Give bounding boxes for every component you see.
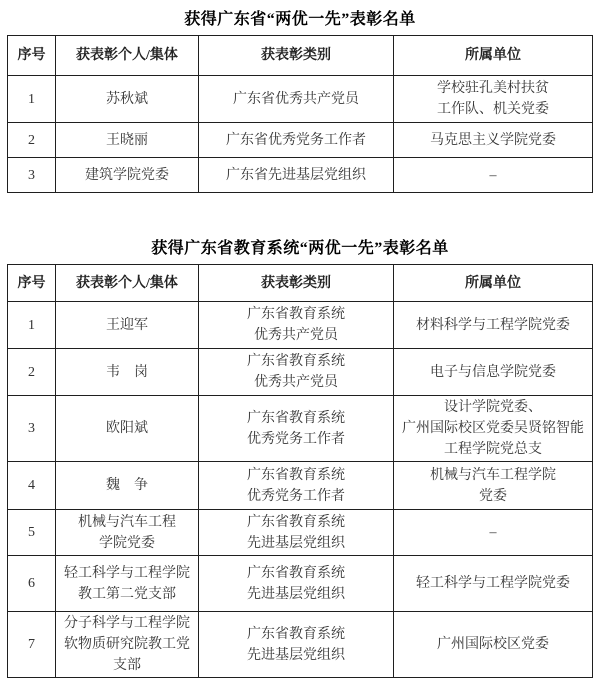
table-row: 4 魏 争 广东省教育系统 优秀党务工作者 机械与汽车工程学院 党委 xyxy=(8,462,593,510)
column-header-name: 获表彰个人/集体 xyxy=(56,36,199,76)
table-1-title: 获得广东省“两优一先”表彰名单 xyxy=(7,2,593,35)
cell-name: 韦 岗 xyxy=(56,349,199,396)
cell-category: 广东省教育系统 优秀党务工作者 xyxy=(199,396,394,462)
cell-category: 广东省教育系统 先进基层党组织 xyxy=(199,510,394,556)
table-row: 3 建筑学院党委 广东省先进基层党组织 – xyxy=(8,158,593,193)
cell-no: 1 xyxy=(8,302,56,349)
cell-category: 广东省教育系统 优秀共产党员 xyxy=(199,302,394,349)
cell-unit: 学校驻孔美村扶贫 工作队、机关党委 xyxy=(394,76,593,123)
cell-unit: – xyxy=(394,510,593,556)
cell-name: 欧阳斌 xyxy=(56,396,199,462)
cell-no: 5 xyxy=(8,510,56,556)
cell-no: 3 xyxy=(8,158,56,193)
cell-unit: 机械与汽车工程学院 党委 xyxy=(394,462,593,510)
cell-category: 广东省教育系统 优秀党务工作者 xyxy=(199,462,394,510)
table-2-title: 获得广东省教育系统“两优一先”表彰名单 xyxy=(7,193,593,264)
document-page: 获得广东省“两优一先”表彰名单 序号 获表彰个人/集体 获表彰类别 所属单位 1… xyxy=(0,0,600,678)
cell-unit: 设计学院党委、 广州国际校区党委吴贤铭智能 工程学院党总支 xyxy=(394,396,593,462)
cell-no: 1 xyxy=(8,76,56,123)
cell-category: 广东省教育系统 先进基层党组织 xyxy=(199,556,394,612)
cell-category: 广东省教育系统 优秀共产党员 xyxy=(199,349,394,396)
table-row: 7 分子科学与工程学院 软物质研究院教工党 支部 广东省教育系统 先进基层党组织… xyxy=(8,612,593,678)
table-row: 2 韦 岗 广东省教育系统 优秀共产党员 电子与信息学院党委 xyxy=(8,349,593,396)
table-row: 5 机械与汽车工程 学院党委 广东省教育系统 先进基层党组织 – xyxy=(8,510,593,556)
cell-name: 分子科学与工程学院 软物质研究院教工党 支部 xyxy=(56,612,199,678)
cell-category: 广东省教育系统 先进基层党组织 xyxy=(199,612,394,678)
cell-no: 6 xyxy=(8,556,56,612)
table-row: 2 王晓丽 广东省优秀党务工作者 马克思主义学院党委 xyxy=(8,123,593,158)
column-header-category: 获表彰类别 xyxy=(199,36,394,76)
cell-no: 3 xyxy=(8,396,56,462)
cell-name: 机械与汽车工程 学院党委 xyxy=(56,510,199,556)
table-header-row: 序号 获表彰个人/集体 获表彰类别 所属单位 xyxy=(8,36,593,76)
table-row: 3 欧阳斌 广东省教育系统 优秀党务工作者 设计学院党委、 广州国际校区党委吴贤… xyxy=(8,396,593,462)
cell-no: 7 xyxy=(8,612,56,678)
column-header-unit: 所属单位 xyxy=(394,265,593,302)
table-row: 1 苏秋斌 广东省优秀共产党员 学校驻孔美村扶贫 工作队、机关党委 xyxy=(8,76,593,123)
cell-unit: 广州国际校区党委 xyxy=(394,612,593,678)
table-row: 6 轻工科学与工程学院 教工第二党支部 广东省教育系统 先进基层党组织 轻工科学… xyxy=(8,556,593,612)
cell-category: 广东省先进基层党组织 xyxy=(199,158,394,193)
cell-unit: 轻工科学与工程学院党委 xyxy=(394,556,593,612)
column-header-no: 序号 xyxy=(8,265,56,302)
cell-name: 王迎军 xyxy=(56,302,199,349)
column-header-name: 获表彰个人/集体 xyxy=(56,265,199,302)
cell-no: 2 xyxy=(8,349,56,396)
column-header-unit: 所属单位 xyxy=(394,36,593,76)
cell-name: 轻工科学与工程学院 教工第二党支部 xyxy=(56,556,199,612)
cell-unit: 电子与信息学院党委 xyxy=(394,349,593,396)
table-row: 1 王迎军 广东省教育系统 优秀共产党员 材料科学与工程学院党委 xyxy=(8,302,593,349)
cell-no: 4 xyxy=(8,462,56,510)
cell-name: 建筑学院党委 xyxy=(56,158,199,193)
cell-unit: 马克思主义学院党委 xyxy=(394,123,593,158)
cell-name: 苏秋斌 xyxy=(56,76,199,123)
table-header-row: 序号 获表彰个人/集体 获表彰类别 所属单位 xyxy=(8,265,593,302)
provincial-award-table: 序号 获表彰个人/集体 获表彰类别 所属单位 1 苏秋斌 广东省优秀共产党员 学… xyxy=(7,35,593,193)
cell-unit: 材料科学与工程学院党委 xyxy=(394,302,593,349)
column-header-category: 获表彰类别 xyxy=(199,265,394,302)
cell-no: 2 xyxy=(8,123,56,158)
cell-unit: – xyxy=(394,158,593,193)
education-system-award-table: 序号 获表彰个人/集体 获表彰类别 所属单位 1 王迎军 广东省教育系统 优秀共… xyxy=(7,264,593,678)
cell-category: 广东省优秀共产党员 xyxy=(199,76,394,123)
cell-category: 广东省优秀党务工作者 xyxy=(199,123,394,158)
cell-name: 王晓丽 xyxy=(56,123,199,158)
column-header-no: 序号 xyxy=(8,36,56,76)
cell-name: 魏 争 xyxy=(56,462,199,510)
